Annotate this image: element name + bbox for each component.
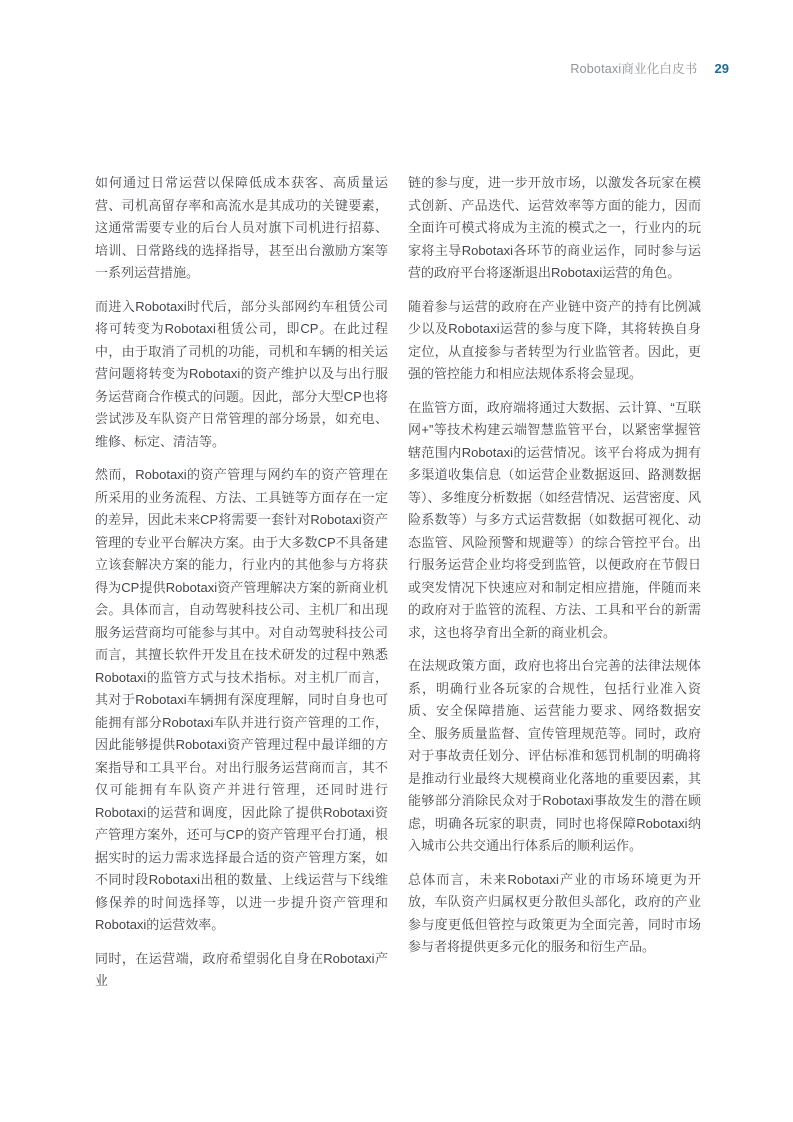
paragraph: 随着参与运营的政府在产业链中资产的持有比例减少以及Robotaxi运营的参与度下… bbox=[408, 296, 701, 386]
paragraph: 然而，Robotaxi的资产管理与网约车的资产管理在所采用的业务流程、方法、工具… bbox=[95, 464, 388, 937]
text-column-left: 如何通过日常运营以保障低成本获客、高质量运营、司机高留存率和高流水是其成功的关键… bbox=[95, 172, 388, 993]
whitepaper-page: Robotaxi商业化白皮书 29 如何通过日常运营以保障低成本获客、高质量运营… bbox=[0, 0, 793, 1122]
paragraph: 同时，在运营端，政府希望弱化自身在Robotaxi产业 bbox=[95, 948, 388, 993]
page-number: 29 bbox=[715, 61, 729, 76]
paragraph: 总体而言，未来Robotaxi产业的市场环境更为开放，车队资产归属权更分散但头部… bbox=[408, 869, 701, 959]
paragraph: 在法规政策方面，政府也将出台完善的法律法规体系，明确行业各玩家的合规性，包括行业… bbox=[408, 655, 701, 858]
page-header: Robotaxi商业化白皮书 29 bbox=[570, 59, 729, 77]
paragraph: 而进入Robotaxi时代后，部分头部网约车租赁公司将可转变为Robotaxi租… bbox=[95, 296, 388, 454]
document-title: Robotaxi商业化白皮书 bbox=[570, 59, 697, 77]
body-content: 如何通过日常运营以保障低成本获客、高质量运营、司机高留存率和高流水是其成功的关键… bbox=[95, 172, 701, 993]
paragraph: 如何通过日常运营以保障低成本获客、高质量运营、司机高留存率和高流水是其成功的关键… bbox=[95, 172, 388, 285]
paragraph: 在监管方面，政府端将通过大数据、云计算、“互联网+”等技术构建云端智慧监管平台，… bbox=[408, 397, 701, 645]
text-column-right: 链的参与度，进一步开放市场，以激发各玩家在模式创新、产品迭代、运营效率等方面的能… bbox=[408, 172, 701, 993]
paragraph: 链的参与度，进一步开放市场，以激发各玩家在模式创新、产品迭代、运营效率等方面的能… bbox=[408, 172, 701, 285]
